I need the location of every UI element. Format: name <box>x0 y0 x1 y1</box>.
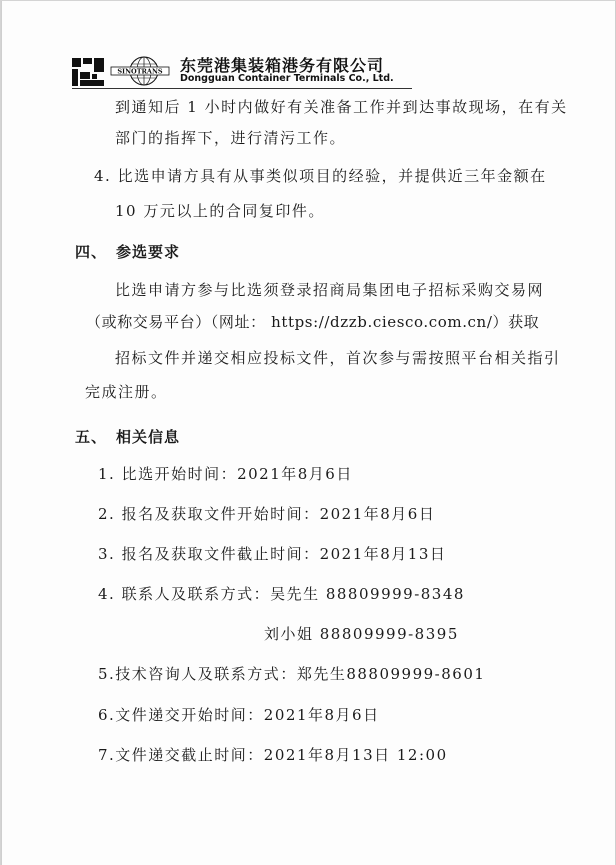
section-5-title: 相关信息 <box>116 426 180 447</box>
company-logo-icon <box>72 58 104 86</box>
section-4-title: 参选要求 <box>116 241 180 262</box>
info-item: 6.文件递交开始时间：2021年8月6日 <box>98 704 380 725</box>
section-5-number: 五、 <box>75 426 107 447</box>
paragraph-line-url: （或称交易平台）（网址： https://dzzb.ciesco.com.cn/… <box>86 311 539 332</box>
info-item: 7.文件递交截止时间：2021年8月13日 12:00 <box>98 744 448 765</box>
paragraph-line: 招标文件并递交相应投标文件，首次参与需按照平台相关指引 <box>115 347 561 368</box>
paragraph-line: 比选申请方参与比选须登录招商局集团电子招标采购交易网 <box>115 279 544 300</box>
sinotrans-globe-icon: SINOTRANS <box>110 56 170 86</box>
paragraph-line: 完成注册。 <box>85 381 168 402</box>
list-item-4: 4. 比选申请方具有从事类似项目的经验，并提供近三年金额在 <box>94 165 547 186</box>
list-item-4-cont: 10 万元以上的合同复印件。 <box>115 200 325 221</box>
svg-text:SINOTRANS: SINOTRANS <box>117 68 163 76</box>
info-item: 5.技术咨询人及联系方式：郑先生88809999-8601 <box>98 663 485 684</box>
info-item: 1. 比选开始时间：2021年8月6日 <box>98 463 353 484</box>
company-name-en: Dongguan Container Terminals Co., Ltd. <box>180 73 394 84</box>
header-divider <box>72 88 412 89</box>
info-item: 2. 报名及获取文件开始时间：2021年8月6日 <box>98 503 435 524</box>
document-page: SINOTRANS 东莞港集装箱港务有限公司 Dongguan Containe… <box>1 1 616 865</box>
info-item-contact: 4. 联系人及联系方式：吴先生 88809999-8348 <box>98 583 465 604</box>
paragraph-line: 部门的指挥下，进行清污工作。 <box>115 127 346 148</box>
paragraph-line: 到通知后 1 小时内做好有关准备工作并到达事故现场，在有关 <box>115 96 568 117</box>
section-4-number: 四、 <box>75 241 107 262</box>
letterhead: SINOTRANS 东莞港集装箱港务有限公司 Dongguan Containe… <box>72 54 402 89</box>
info-item: 3. 报名及获取文件截止时间：2021年8月13日 <box>98 543 446 564</box>
info-item-contact-2: 刘小姐 88809999-8395 <box>264 623 459 644</box>
